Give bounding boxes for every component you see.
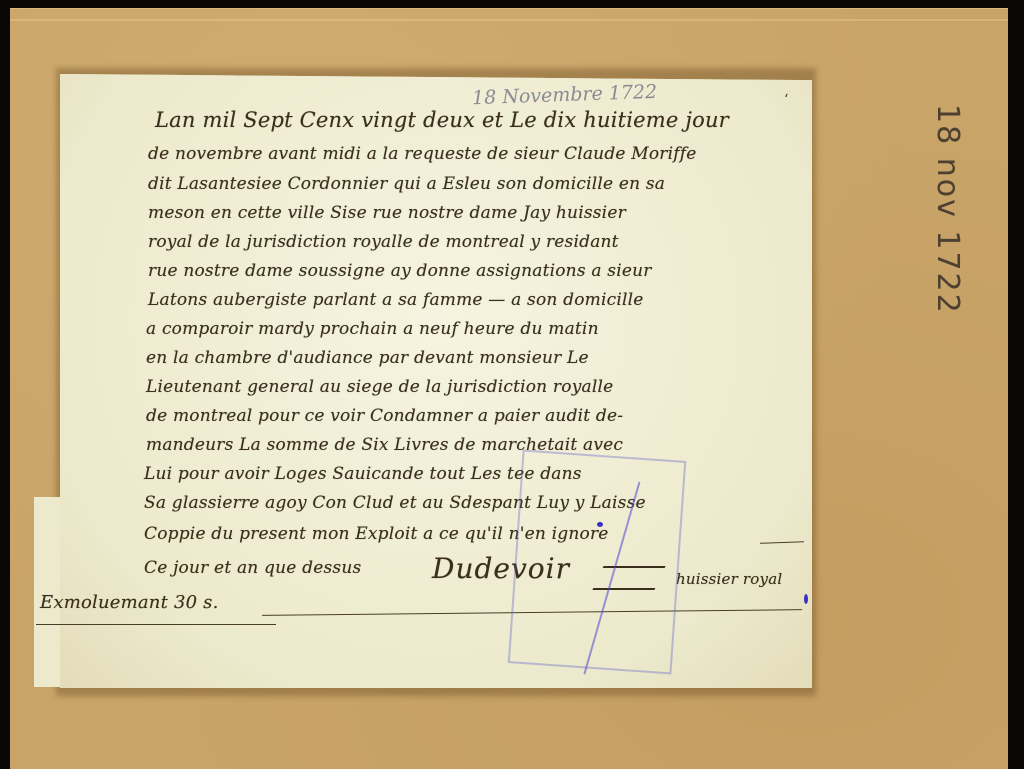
- stamp-band: [583, 482, 640, 675]
- text-line-3: dit Lasantesiee Cordonnier qui a Esleu s…: [148, 174, 665, 194]
- text-line-6: rue nostre dame soussigne ay donne assig…: [148, 261, 652, 281]
- text-line-5: royal de la jurisdiction royalle de mont…: [148, 232, 619, 252]
- mount-fold: [10, 19, 1008, 21]
- text-line-16: Ce jour et an que dessus: [144, 558, 361, 578]
- text-line-1: Lan mil Sept Cenx vingt deux et Le dix h…: [155, 108, 729, 132]
- stamp-ink-dot: [597, 522, 603, 527]
- text-line-9: en la chambre d'audiance par devant mons…: [146, 348, 589, 368]
- fee-underline: [36, 624, 276, 625]
- side-date-annotation: 18 nov 1722: [930, 104, 965, 315]
- text-line-10: Lieutenant general au siege de la jurisd…: [146, 377, 613, 397]
- stamp-ink-mark: [804, 594, 808, 604]
- text-line-2: de novembre avant midi a la requeste de …: [148, 144, 697, 164]
- text-line-13: Lui pour avoir Loges Sauicande tout Les …: [144, 464, 582, 484]
- text-line-7: Latons aubergiste parlant a sa famme — a…: [148, 290, 644, 310]
- text-line-4: meson en cette ville Sise rue nostre dam…: [148, 203, 626, 223]
- archive-stamp: [508, 450, 687, 675]
- corner-ink-mark: ʻ: [784, 92, 788, 108]
- fee-line: Exmoluemant 30 s.: [40, 592, 219, 613]
- text-line-11: de montreal pour ce voir Condamner a pai…: [146, 406, 623, 426]
- scan-background: 18 Novembre 1722 ʻ Lan mil Sept Cenx vin…: [0, 0, 1024, 768]
- signature-title: huissier royal: [676, 570, 782, 588]
- text-line-8: a comparoir mardy prochain a neuf heure …: [146, 319, 599, 339]
